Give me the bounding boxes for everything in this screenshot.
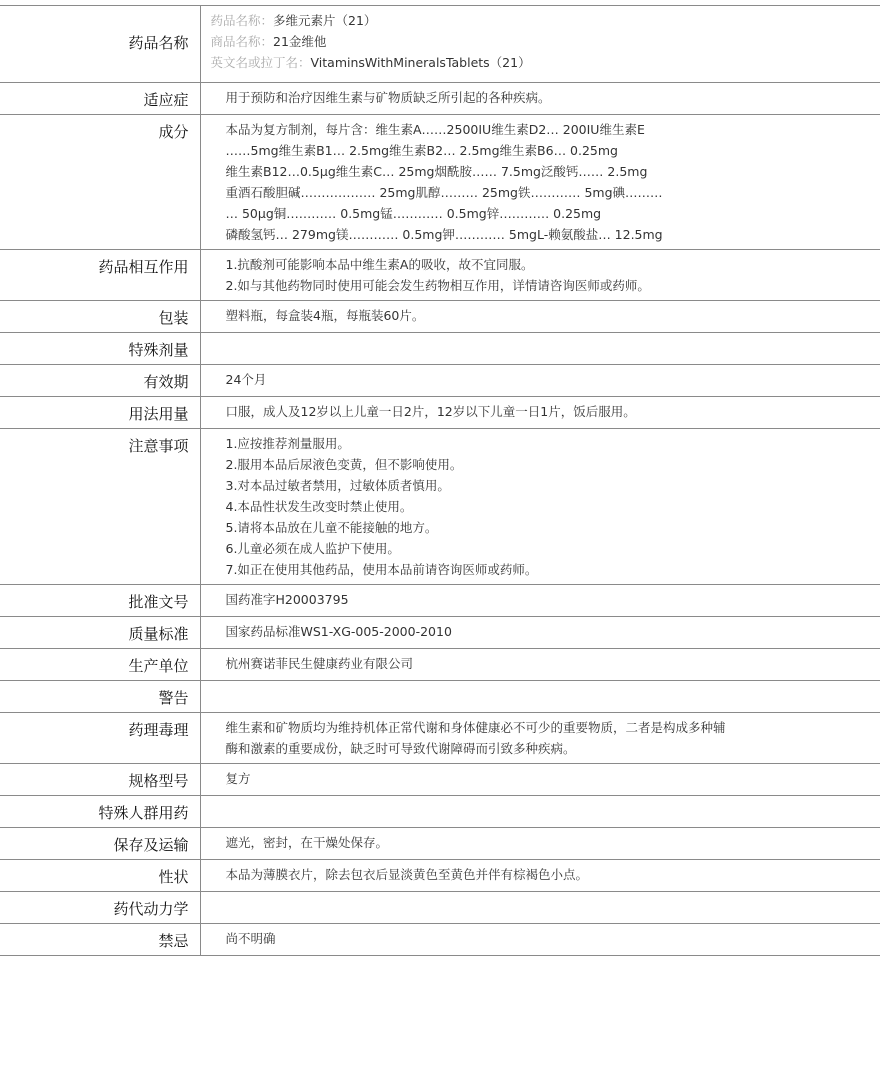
row-drug-name: 药品名称 药品名称：多维元素片（21） 商品名称：21金维他 英文名或拉丁名：V… bbox=[0, 6, 880, 83]
label-pharmacology: 药理毒理 bbox=[0, 713, 189, 739]
value-contraindications: 尚不明确 bbox=[226, 928, 880, 949]
row-indications: 适应症 用于预防和治疗因维生素与矿物质缺乏所引起的各种疾病。 bbox=[0, 83, 880, 115]
label-manufacturer: 生产单位 bbox=[0, 649, 189, 675]
interactions-line: 1.抗酸剂可能影响本品中维生素A的吸收，故不宜同服。 bbox=[226, 254, 880, 275]
ingredients-line: 维生素B12…0.5μg维生素C… 25mg烟酰胺…… 7.5mg泛酸钙…… 2… bbox=[226, 161, 880, 182]
ingredients-line: 磷酸氢钙… 279mg镁………… 0.5mg钾………… 5mgL-赖氨酸盐… 1… bbox=[226, 224, 880, 245]
label-precautions: 注意事项 bbox=[0, 429, 189, 455]
drug-spec-table: 药品名称 药品名称：多维元素片（21） 商品名称：21金维他 英文名或拉丁名：V… bbox=[0, 5, 880, 956]
label-shelf-life: 有效期 bbox=[0, 365, 189, 391]
generic-name: 药品名称：多维元素片（21） bbox=[211, 10, 880, 31]
label-warning: 警告 bbox=[0, 681, 189, 707]
label-ingredients: 成分 bbox=[0, 115, 189, 141]
row-precautions: 注意事项 1.应按推荐剂量服用。 2.服用本品后尿液色变黄，但不影响使用。 3.… bbox=[0, 429, 880, 585]
label-specification: 规格型号 bbox=[0, 764, 189, 790]
row-contraindications: 禁忌 尚不明确 bbox=[0, 924, 880, 956]
label-interactions: 药品相互作用 bbox=[0, 250, 189, 276]
value-specification: 复方 bbox=[226, 768, 880, 789]
row-special-dosage: 特殊剂量 bbox=[0, 333, 880, 365]
english-name: 英文名或拉丁名：VitaminsWithMineralsTablets（21） bbox=[211, 52, 880, 73]
row-approval-number: 批准文号 国药准字H20003795 bbox=[0, 585, 880, 617]
value-dosage: 口服，成人及12岁以上儿童一日2片，12岁以下儿童一日1片，饭后服用。 bbox=[226, 401, 880, 422]
row-manufacturer: 生产单位 杭州赛诺菲民生健康药业有限公司 bbox=[0, 649, 880, 681]
pharmacology-line: 维生素和矿物质均为维持机体正常代谢和身体健康必不可少的重要物质，二者是构成多种辅 bbox=[226, 717, 880, 738]
row-packaging: 包装 塑料瓶，每盒装4瓶，每瓶装60片。 bbox=[0, 301, 880, 333]
row-specification: 规格型号 复方 bbox=[0, 764, 880, 796]
value-packaging: 塑料瓶，每盒装4瓶，每瓶装60片。 bbox=[226, 305, 880, 326]
row-interactions: 药品相互作用 1.抗酸剂可能影响本品中维生素A的吸收，故不宜同服。 2.如与其他… bbox=[0, 250, 880, 301]
precautions-line: 3.对本品过敏者禁用，过敏体质者慎用。 bbox=[226, 475, 880, 496]
row-appearance: 性状 本品为薄膜衣片，除去包衣后显淡黄色至黄色并伴有棕褐色小点。 bbox=[0, 860, 880, 892]
precautions-line: 1.应按推荐剂量服用。 bbox=[226, 433, 880, 454]
pharmacology-line: 酶和激素的重要成份，缺乏时可导致代谢障碍而引致多种疾病。 bbox=[226, 738, 880, 759]
row-storage: 保存及运输 遮光，密封，在干燥处保存。 bbox=[0, 828, 880, 860]
precautions-line: 5.请将本品放在儿童不能接触的地方。 bbox=[226, 517, 880, 538]
value-indications: 用于预防和治疗因维生素与矿物质缺乏所引起的各种疾病。 bbox=[226, 87, 880, 108]
label-special-dosage: 特殊剂量 bbox=[0, 333, 189, 359]
label-indications: 适应症 bbox=[0, 83, 189, 109]
ingredients-line: … 50μg铜………… 0.5mg锰………… 0.5mg锌………… 0.25mg bbox=[226, 203, 880, 224]
row-special-populations: 特殊人群用药 bbox=[0, 796, 880, 828]
row-quality-standard: 质量标准 国家药品标准WS1-XG-005-2000-2010 bbox=[0, 617, 880, 649]
row-warning: 警告 bbox=[0, 681, 880, 713]
row-pharmacology: 药理毒理 维生素和矿物质均为维持机体正常代谢和身体健康必不可少的重要物质，二者是… bbox=[0, 713, 880, 764]
value-shelf-life: 24个月 bbox=[226, 369, 880, 390]
value-approval-number: 国药准字H20003795 bbox=[226, 589, 880, 610]
interactions-line: 2.如与其他药物同时使用可能会发生药物相互作用，详情请咨询医师或药师。 bbox=[226, 275, 880, 296]
label-dosage: 用法用量 bbox=[0, 397, 189, 423]
trade-name: 商品名称：21金维他 bbox=[211, 31, 880, 52]
row-ingredients: 成分 本品为复方制剂，每片含：维生素A……2500IU维生素D2… 200IU维… bbox=[0, 115, 880, 250]
label-appearance: 性状 bbox=[0, 860, 189, 886]
row-pharmacokinetics: 药代动力学 bbox=[0, 892, 880, 924]
precautions-line: 2.服用本品后尿液色变黄，但不影响使用。 bbox=[226, 454, 880, 475]
label-storage: 保存及运输 bbox=[0, 828, 189, 854]
precautions-line: 7.如正在使用其他药品，使用本品前请咨询医师或药师。 bbox=[226, 559, 880, 580]
precautions-line: 6.儿童必须在成人监护下使用。 bbox=[226, 538, 880, 559]
ingredients-line: 本品为复方制剂，每片含：维生素A……2500IU维生素D2… 200IU维生素E bbox=[226, 119, 880, 140]
label-pharmacokinetics: 药代动力学 bbox=[0, 892, 189, 918]
value-storage: 遮光，密封，在干燥处保存。 bbox=[226, 832, 880, 853]
label-drug-name: 药品名称 bbox=[0, 6, 189, 52]
label-packaging: 包装 bbox=[0, 301, 189, 327]
precautions-line: 4.本品性状发生改变时禁止使用。 bbox=[226, 496, 880, 517]
value-quality-standard: 国家药品标准WS1-XG-005-2000-2010 bbox=[226, 621, 880, 642]
label-special-populations: 特殊人群用药 bbox=[0, 796, 189, 822]
label-approval-number: 批准文号 bbox=[0, 585, 189, 611]
label-contraindications: 禁忌 bbox=[0, 924, 189, 950]
row-dosage: 用法用量 口服，成人及12岁以上儿童一日2片，12岁以下儿童一日1片，饭后服用。 bbox=[0, 397, 880, 429]
label-quality-standard: 质量标准 bbox=[0, 617, 189, 643]
row-shelf-life: 有效期 24个月 bbox=[0, 365, 880, 397]
value-manufacturer: 杭州赛诺菲民生健康药业有限公司 bbox=[226, 653, 880, 674]
ingredients-line: 重酒石酸胆碱……………… 25mg肌醇……… 25mg铁………… 5mg碘……… bbox=[226, 182, 880, 203]
ingredients-line: ……5mg维生素B1… 2.5mg维生素B2… 2.5mg维生素B6… 0.25… bbox=[226, 140, 880, 161]
value-appearance: 本品为薄膜衣片，除去包衣后显淡黄色至黄色并伴有棕褐色小点。 bbox=[226, 864, 880, 885]
